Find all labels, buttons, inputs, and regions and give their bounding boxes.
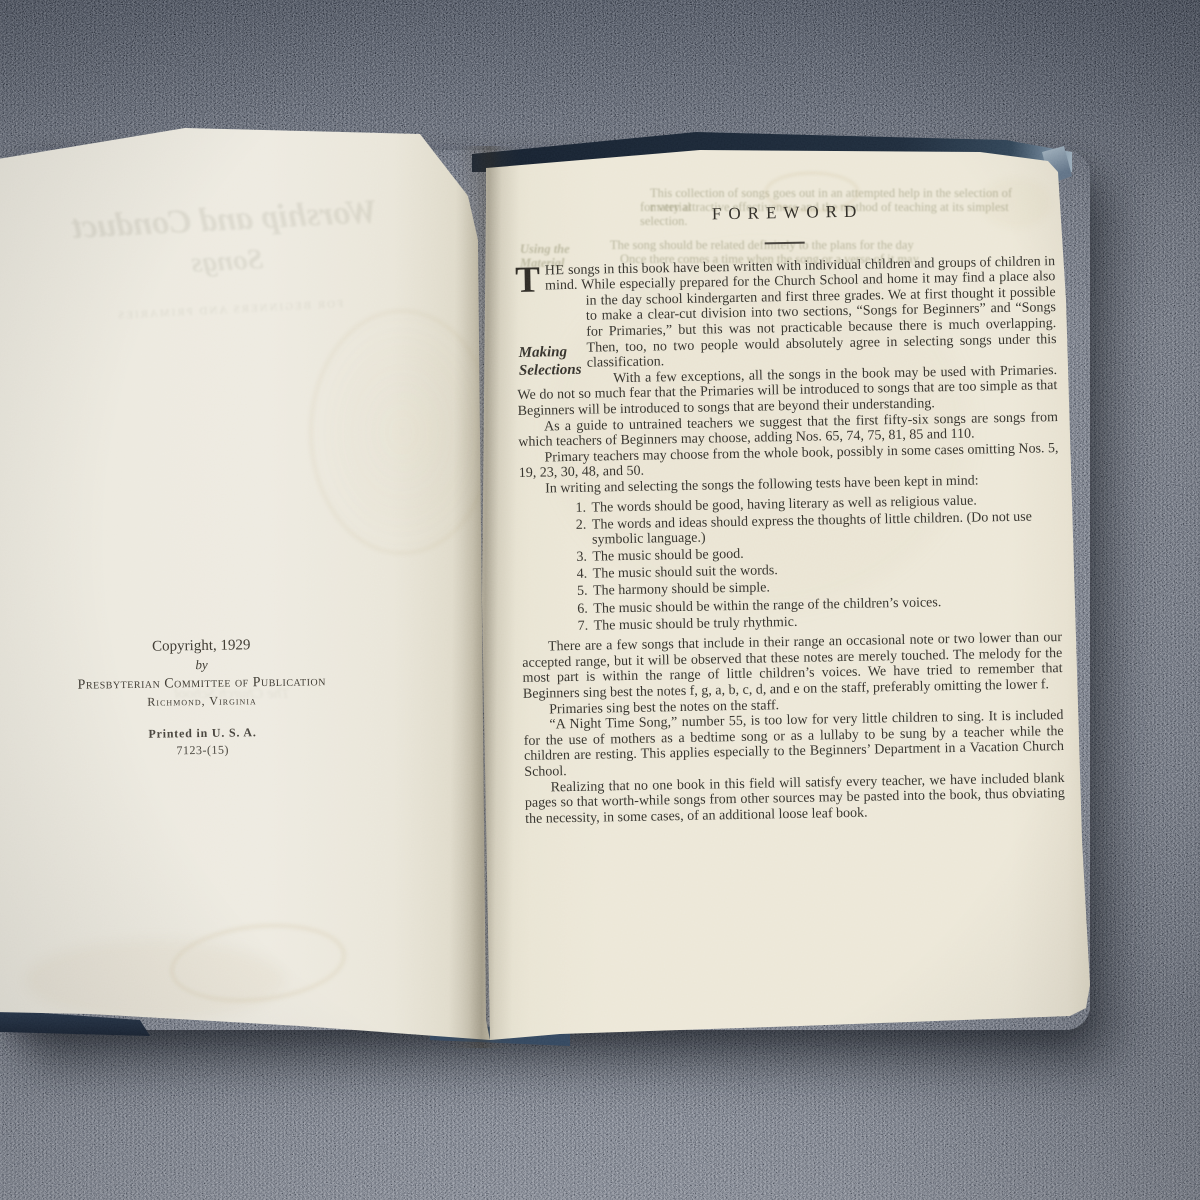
- margin-note-line: Selections: [519, 361, 582, 380]
- copyright-block: Copyright, 1929 by Presbyterian Committe…: [51, 636, 353, 760]
- foreword-text-block: FOREWORD Making Selections THE songs in …: [514, 198, 1065, 827]
- paragraph: THE songs in this book have been written…: [515, 254, 1057, 373]
- publisher-line: Presbyterian Committee of Publication: [52, 674, 352, 694]
- print-code-line: 7123-(15): [53, 741, 353, 760]
- copyright-by-line: by: [51, 655, 351, 675]
- list-item-number: 7.: [578, 618, 589, 634]
- gutter-shadow: [448, 146, 520, 1049]
- copyright-line: Copyright, 1929: [51, 636, 351, 657]
- right-page: This collection of songs goes out in an …: [476, 138, 1098, 1046]
- list-item-number: 5.: [577, 584, 588, 600]
- tests-list: 1.The words should be good, having liter…: [519, 492, 1061, 636]
- list-item-text: The music should be truly rhythmic.: [594, 615, 798, 634]
- list-item-text: The words and ideas should express the t…: [592, 509, 1032, 548]
- page-title: FOREWORD: [514, 200, 1054, 225]
- paragraph: Realizing that no one book in this field…: [524, 771, 1065, 828]
- margin-note-line: Making: [518, 343, 581, 362]
- show-through-title-block: Worship and Conduct Songs FOR BEGINNERS …: [9, 190, 444, 327]
- list-item-number: 3.: [576, 550, 587, 566]
- water-stain: [25, 940, 285, 1020]
- printed-in-line: Printed in U. S. A.: [52, 724, 352, 743]
- left-page: Worship and Conduct Songs FOR BEGINNERS …: [0, 126, 492, 1042]
- book-photo-stage: Worship and Conduct Songs FOR BEGINNERS …: [0, 0, 1200, 1200]
- paragraph-lead: HE: [545, 263, 565, 278]
- publisher-city-line: Richmond, Virginia: [52, 692, 352, 711]
- list-item-number: 6.: [577, 601, 588, 617]
- margin-note-making-selections: Making Selections: [518, 343, 581, 380]
- paragraph: “A Night Time Song,” number 55, is too l…: [523, 708, 1064, 780]
- list-item-text: The music should suit the words.: [593, 564, 778, 582]
- paragraph: There are a few songs that include in th…: [522, 630, 1063, 702]
- heading-rule: [765, 241, 805, 244]
- list-item-text: The music should be good.: [592, 547, 744, 565]
- drop-cap: T: [515, 263, 545, 295]
- list-item-number: 4.: [577, 567, 588, 583]
- list-item-number: 1.: [575, 500, 586, 516]
- list-item-text: The harmony should be simple.: [593, 581, 770, 599]
- list-item-number: 2.: [576, 517, 587, 533]
